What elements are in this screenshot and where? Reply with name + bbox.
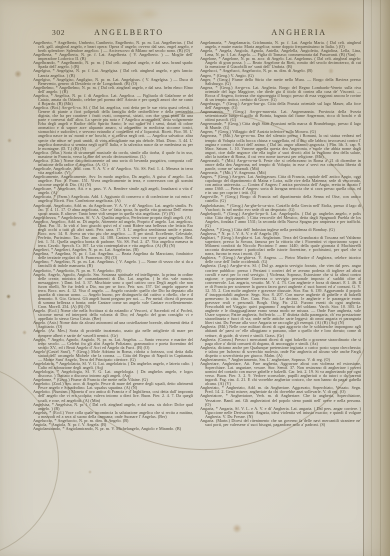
foxing-spot [22,330,27,335]
foxing-spot [6,294,11,299]
dictionary-entry: Angheriatore, * Angheriatore, Verb. m. d… [200,394,361,406]
running-head-left: ANGELBERTO [59,28,199,37]
dictionary-entry: Angiolamirando, * Angiolamirando, N. pr.… [33,427,193,431]
foxing-spot [138,8,160,20]
running-head-right: ANGHERIA [229,28,369,37]
dictionary-entry: Angerona, * (Mit.) An-ge-ro-na. Dea del … [200,134,361,158]
foxing-spot [232,524,242,533]
text-column-left: Angelberto, * Angelberto, Umberto, Cunib… [33,41,193,513]
dictionary-entry: Anghelopoli, * (Geog.) An-ghe-lo-po-li. … [200,212,361,228]
page-edge-line [363,0,364,556]
dictionary-entry: Angheria. (Leg.) An-ghe-ri-a. Sf. ( Dal … [200,264,361,325]
dictionary-entry: Angelicato, Angelicato, Add. m. da Angel… [33,204,193,216]
text-column-right: Angelamaria, * Angelamaria, Crichmania, … [200,41,361,513]
dictionary-entry: Angelica. (Bot.) An-ge-li-ca. Sf. ( Dal … [33,106,193,151]
dictionary-entry: Angera, * (Geog.) An-ge-ra. Lat. Angleri… [200,86,361,102]
foxing-spot [14,70,22,78]
dictionary-entry: Angaria. (Marin.) Dicesi del ritenimento… [200,419,361,427]
dictionary-entry: Angelotto. (Numism.) Moneta d' oro antic… [33,390,193,402]
page-edge-streak [380,0,381,556]
adjacent-page-edge [364,0,390,556]
dictionary-entry: Angers, * (Geog.) An-gers. Lat. Andegavu… [200,175,361,195]
dictionary-entry: Angheriare, Angheriare, Att. Fare angher… [200,362,361,386]
dictionary-entry: Angaria, * Angaria, Sf. V. L. e A. V. e … [200,407,361,419]
page-edge-streak [371,0,372,556]
dictionary-entry: Angelo, Angelo, Agnolo, Angiolo. Sm. Sos… [33,273,193,310]
dictionary-entry: Angelico, Angelico, Add. m. Di angelo, A… [33,220,193,248]
foxing-spot [11,221,17,227]
scanned-dictionary-page: 302 ANGELBERTO ANGHERIA Angelberto, * An… [0,0,390,556]
dictionary-entry: Anghiari, * (Geog.) An-ghia-ri. Lat. Ang… [200,236,361,256]
foxing-spot [7,138,12,143]
dictionary-entry: Angheria. (Mil.) Nelle cose militari dic… [200,325,361,337]
dictionary-entry: Angelo, * Angelo, Agnolo, Angiolo, N. pr… [33,338,193,350]
